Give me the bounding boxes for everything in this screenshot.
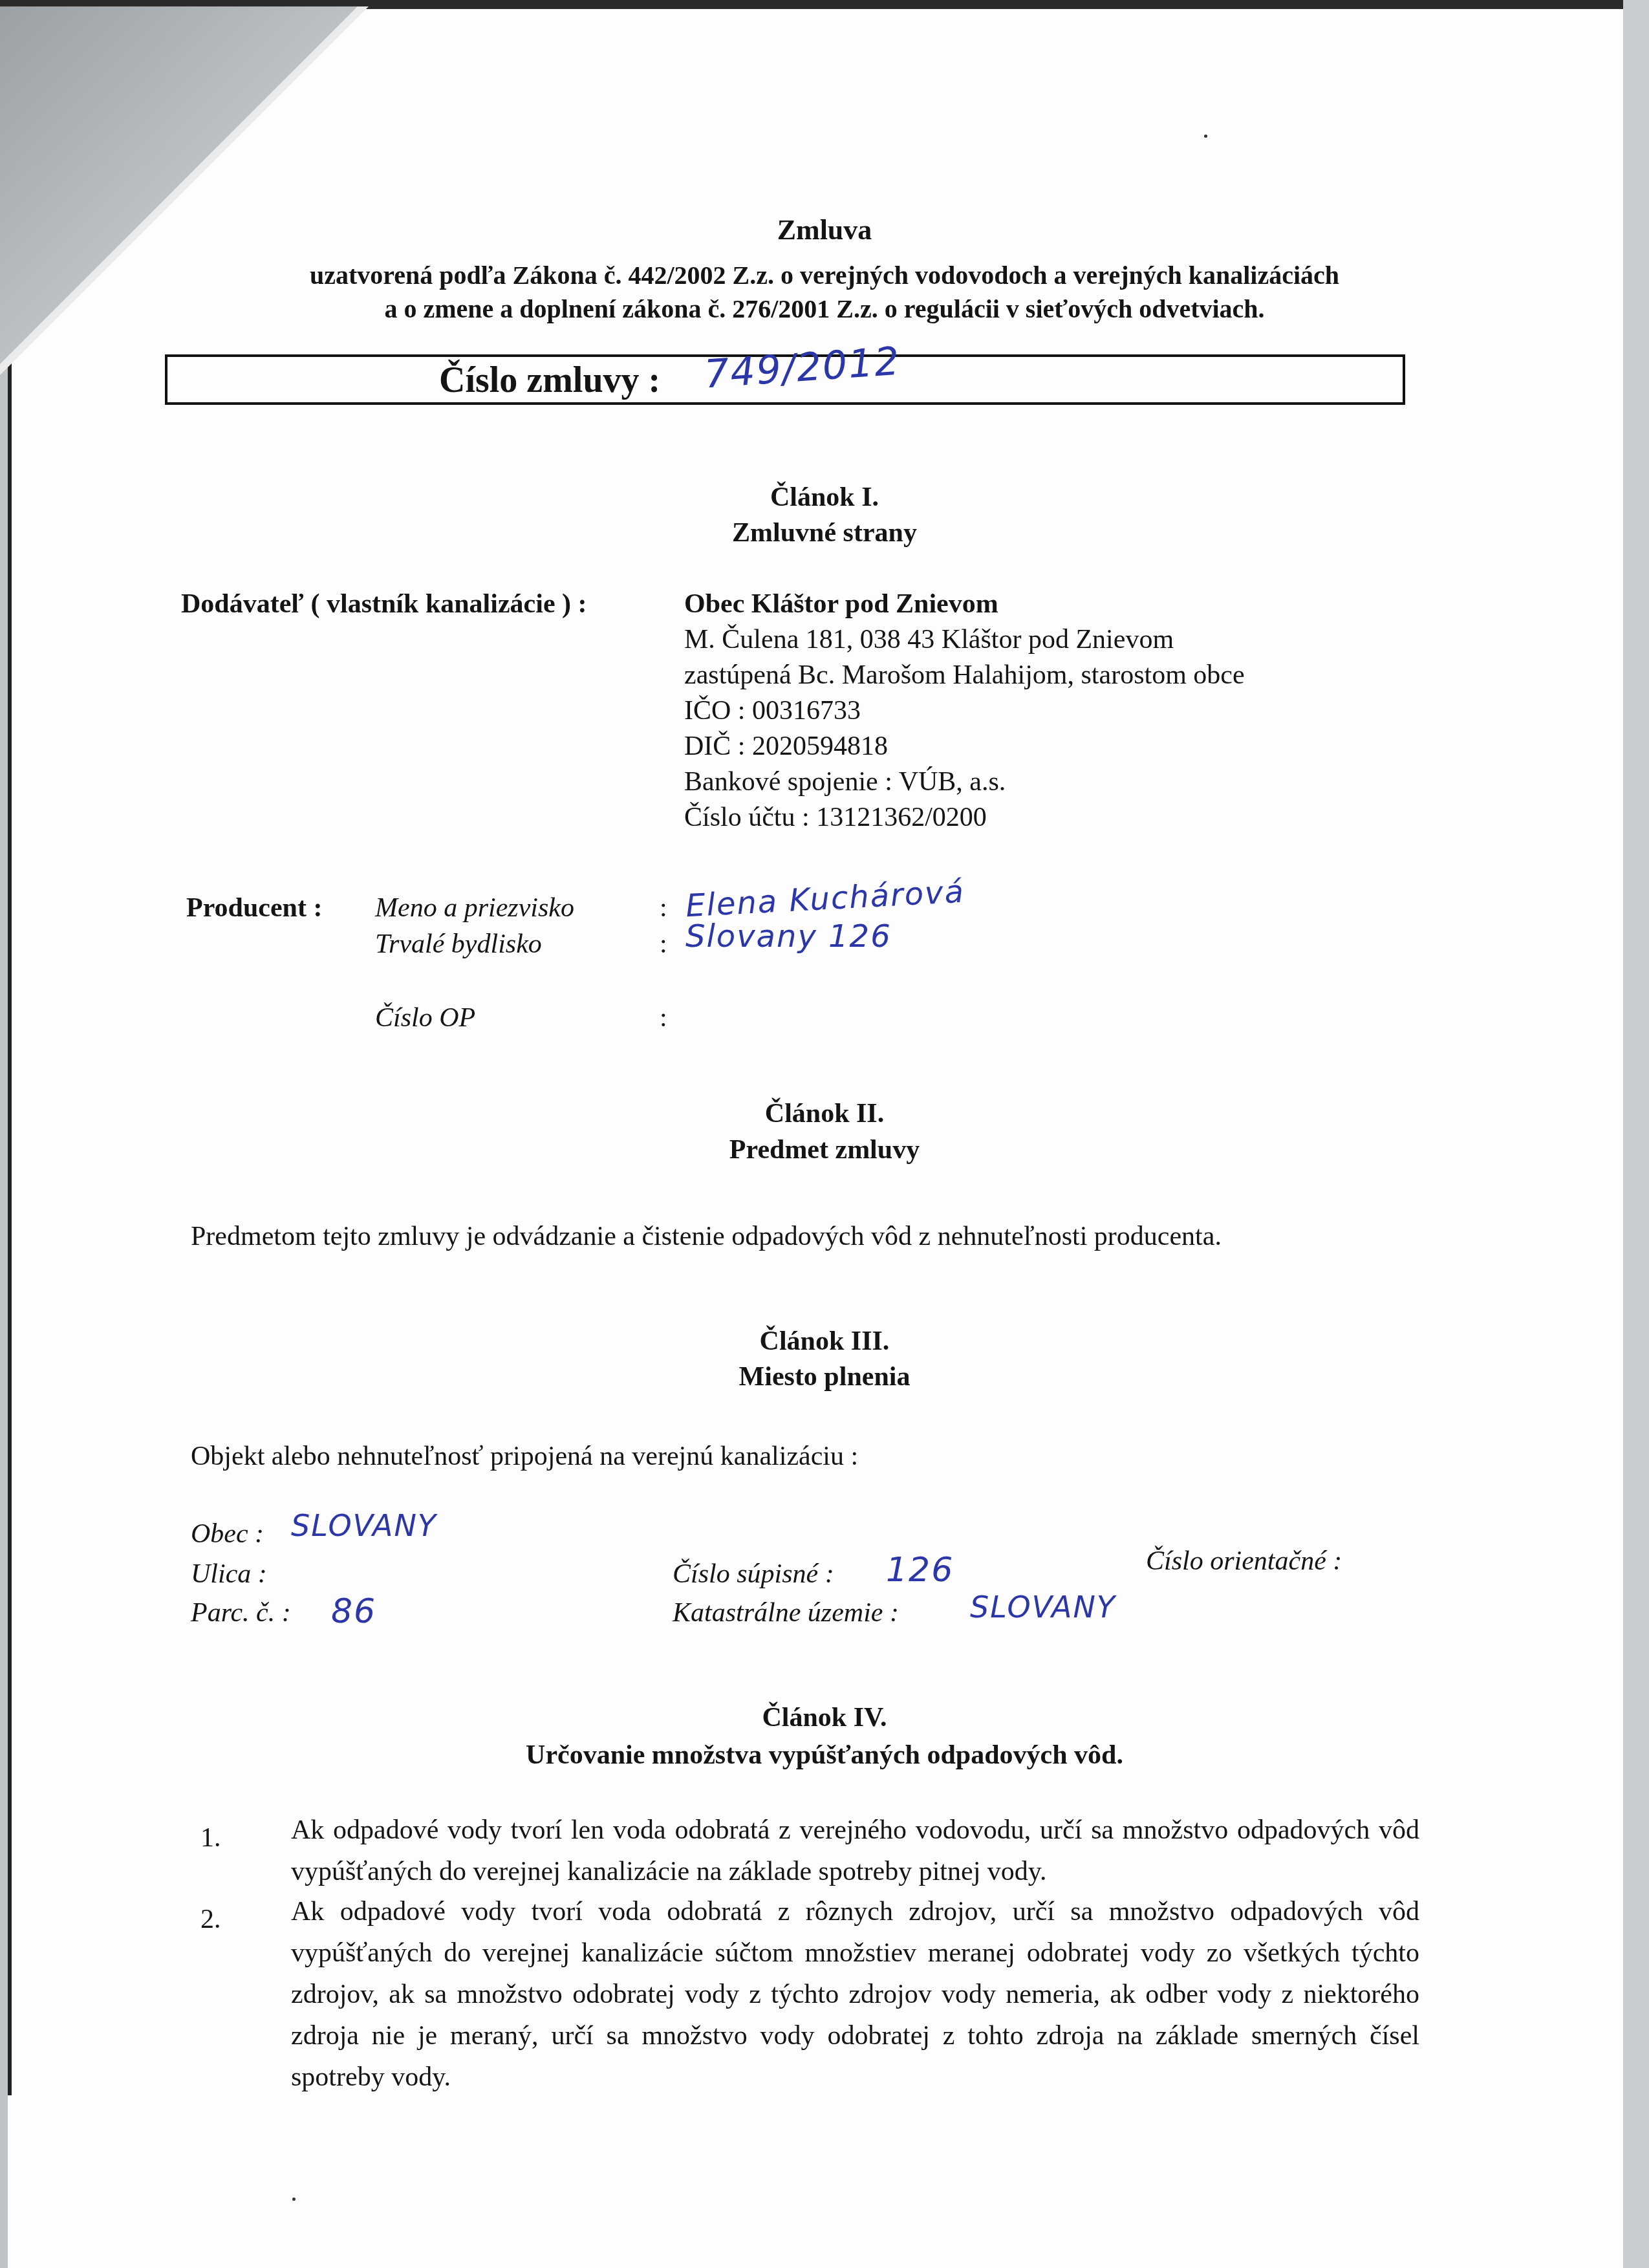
contract-number-value: 749/2012 [703,339,902,398]
ulica-label: Ulica : [191,1559,267,1590]
katastralne-value: SLOVANY [970,1590,1116,1625]
article4-item1-number: 1. [200,1822,221,1853]
document-title: Zmluva [162,213,1487,246]
producer-name-colon: : [660,892,667,923]
katastralne-label: Katastrálne územie : [673,1597,899,1628]
supisne-value: 126 [886,1551,954,1590]
scan-speck [1204,135,1207,138]
scan-speck [292,2198,296,2201]
article1-heading: Článok I. [162,482,1487,513]
obec-label: Obec : [191,1518,264,1550]
article4-item2-number: 2. [200,1904,221,1935]
article4-title: Určovanie množstva vypúšťaných odpadovýc… [162,1740,1487,1771]
producer-address-label: Trvalé bydlisko [375,929,542,960]
producer-name-value: Elena Kuchárová [685,874,965,925]
contract-number-box: Číslo zmluvy : 749/2012 [165,354,1405,405]
scan-left-edge [0,362,8,2268]
article2-title: Predmet zmluvy [162,1134,1487,1165]
article1-title: Zmluvné strany [162,517,1487,548]
producer-label: Producent : [186,892,322,923]
article3-title: Miesto plnenia [162,1361,1487,1392]
article3-intro: Objekt alebo nehnuteľnosť pripojená na v… [191,1441,858,1472]
supplier-label: Dodávateľ ( vlastník kanalizácie ) : [181,589,587,620]
supisne-label: Číslo súpisné : [673,1559,834,1590]
orientacne-label: Číslo orientačné : [1146,1546,1342,1577]
supplier-ico: IČO : 00316733 [684,695,861,726]
article3-heading: Článok III. [162,1326,1487,1357]
scan-right-edge [1623,0,1649,2268]
parc-value: 86 [331,1592,376,1631]
obec-value: SLOVANY [291,1508,437,1543]
supplier-account: Číslo účtu : 13121362/0200 [684,802,987,833]
producer-id-label: Číslo OP [375,1002,475,1033]
article4-item1-text: Ak odpadové vody tvorí len voda odobratá… [291,1809,1419,1892]
supplier-name: Obec Kláštor pod Znievom [684,589,998,620]
producer-address-colon: : [660,929,667,960]
article4-heading: Článok IV. [162,1702,1487,1733]
producer-address-value: Slovany 126 [685,918,892,955]
scan-left-line [8,362,12,2095]
article2-heading: Článok II. [162,1098,1487,1129]
article4-item2-text: Ak odpadové vody tvorí voda odobratá z r… [291,1891,1419,2098]
parc-label: Parc. č. : [191,1597,291,1628]
document-subtitle-line2: a o zmene a doplnení zákona č. 276/2001 … [162,292,1487,326]
contract-number-label: Číslo zmluvy : [439,360,660,401]
supplier-bank: Bankové spojenie : VÚB, a.s. [684,766,1006,797]
supplier-address: M. Čulena 181, 038 43 Kláštor pod Znievo… [684,624,1174,655]
supplier-representative: zastúpená Bc. Marošom Halahijom, starost… [684,660,1245,691]
document-subtitle-line1: uzatvorená podľa Zákona č. 442/2002 Z.z.… [162,259,1487,292]
producer-name-label: Meno a priezvisko [375,892,574,923]
supplier-dic: DIČ : 2020594818 [684,731,888,762]
article2-text: Predmetom tejto zmluvy je odvádzanie a č… [191,1216,1419,1257]
producer-id-colon: : [660,1002,667,1033]
